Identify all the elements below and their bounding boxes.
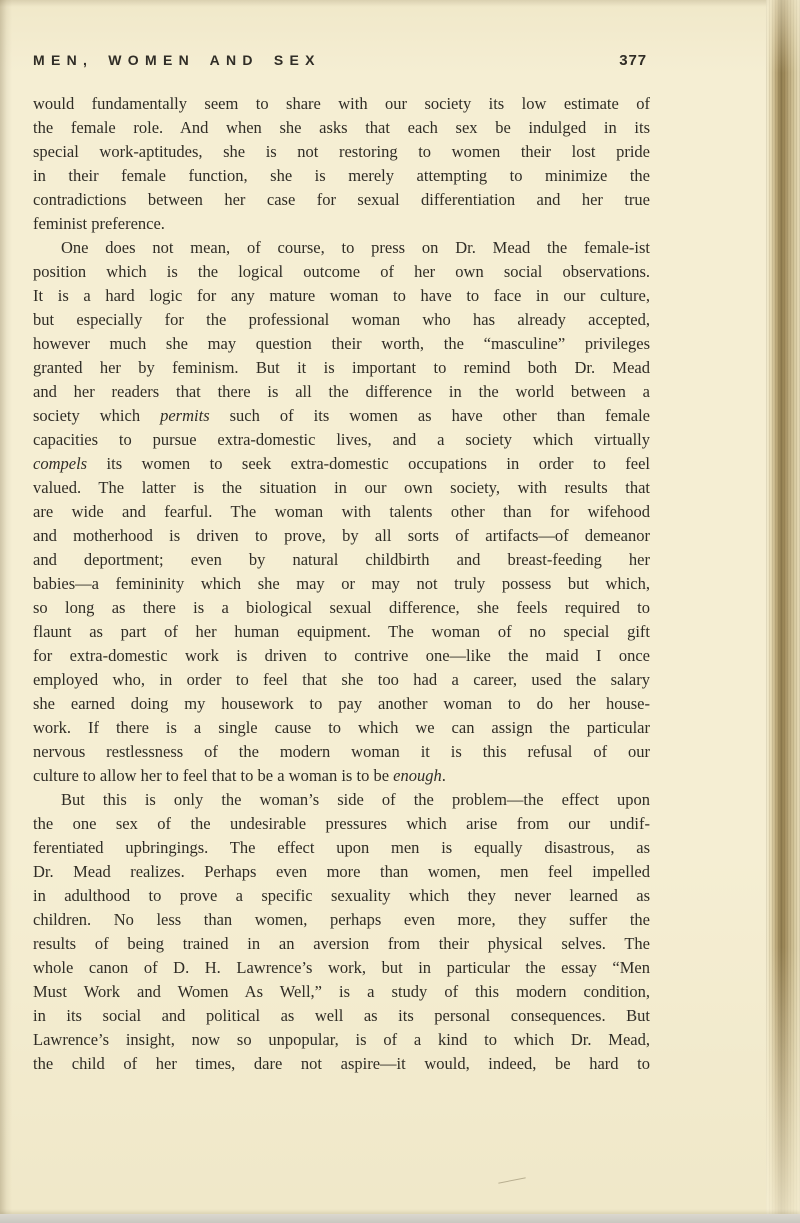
text-line: position which is the logical outcome of… bbox=[33, 260, 650, 284]
text-line: One does not mean, of course, to press o… bbox=[33, 236, 650, 260]
text-line: compels its women to seek extra-domestic… bbox=[33, 452, 650, 476]
text-line: special work-aptitudes, she is not resto… bbox=[33, 140, 650, 164]
text-line: capacities to pursue extra-domestic live… bbox=[33, 428, 650, 452]
text-line: the female role. And when she asks that … bbox=[33, 116, 650, 140]
book-page-scan: MEN, WOMEN AND SEX 377 would fundamental… bbox=[0, 0, 800, 1223]
text-line: for extra-domestic work is driven to con… bbox=[33, 644, 650, 668]
text-line: granted her by feminism. But it is impor… bbox=[33, 356, 650, 380]
paragraph: would fundamentally seem to share with o… bbox=[33, 92, 650, 236]
text-line: would fundamentally seem to share with o… bbox=[33, 92, 650, 116]
text-line: work. If there is a single cause to whic… bbox=[33, 716, 650, 740]
text-line: in adulthood to prove a specific sexuali… bbox=[33, 884, 650, 908]
text-line: Dr. Mead realizes. Perhaps even more tha… bbox=[33, 860, 650, 884]
text-line: the child of her times, dare not aspire—… bbox=[33, 1052, 650, 1076]
top-edge-shadow bbox=[0, 0, 800, 7]
running-header: MEN, WOMEN AND SEX 377 bbox=[33, 52, 647, 69]
scratch-mark bbox=[498, 1177, 526, 1183]
text-line: nervous restlessness of the modern woman… bbox=[33, 740, 650, 764]
text-line: babies—a femininity which she may or may… bbox=[33, 572, 650, 596]
book-page-edges bbox=[766, 0, 800, 1214]
text-line: however much she may question their wort… bbox=[33, 332, 650, 356]
text-line: flaunt as part of her human equipment. T… bbox=[33, 620, 650, 644]
text-line: contradictions between her case for sexu… bbox=[33, 188, 650, 212]
text-line: employed who, in order to feel that she … bbox=[33, 668, 650, 692]
scanner-bed-strip bbox=[0, 1214, 800, 1223]
text-line: culture to allow her to feel that to be … bbox=[33, 764, 650, 788]
text-line: the one sex of the undesirable pressures… bbox=[33, 812, 650, 836]
text-line: but especially for the professional woma… bbox=[33, 308, 650, 332]
text-line: feminist preference. bbox=[33, 212, 650, 236]
paragraph: One does not mean, of course, to press o… bbox=[33, 236, 650, 788]
text-line: in its social and political as well as i… bbox=[33, 1004, 650, 1028]
running-header-title: MEN, WOMEN AND SEX bbox=[33, 52, 321, 68]
page-number: 377 bbox=[619, 52, 647, 69]
text-line: are wide and fearful. The woman with tal… bbox=[33, 500, 650, 524]
text-line: in their female function, she is merely … bbox=[33, 164, 650, 188]
text-line: and deportment; even by natural childbir… bbox=[33, 548, 650, 572]
text-line: society which permits such of its women … bbox=[33, 404, 650, 428]
text-line: she earned doing my housework to pay ano… bbox=[33, 692, 650, 716]
text-line: It is a hard logic for any mature woman … bbox=[33, 284, 650, 308]
text-line: But this is only the woman’s side of the… bbox=[33, 788, 650, 812]
text-line: Lawrence’s insight, now so unpopular, is… bbox=[33, 1028, 650, 1052]
text-line: and her readers that there is all the di… bbox=[33, 380, 650, 404]
text-line: Must Work and Women As Well,” is a study… bbox=[33, 980, 650, 1004]
left-edge-shadow bbox=[0, 0, 12, 1223]
text-line: results of being trained in an aversion … bbox=[33, 932, 650, 956]
page-body: would fundamentally seem to share with o… bbox=[33, 92, 650, 1076]
text-line: so long as there is a biological sexual … bbox=[33, 596, 650, 620]
text-line: and motherhood is driven to prove, by al… bbox=[33, 524, 650, 548]
text-line: valued. The latter is the situation in o… bbox=[33, 476, 650, 500]
text-line: whole canon of D. H. Lawrence’s work, bu… bbox=[33, 956, 650, 980]
text-line: ferentiated upbringings. The effect upon… bbox=[33, 836, 650, 860]
paragraph: But this is only the woman’s side of the… bbox=[33, 788, 650, 1076]
text-line: children. No less than women, perhaps ev… bbox=[33, 908, 650, 932]
